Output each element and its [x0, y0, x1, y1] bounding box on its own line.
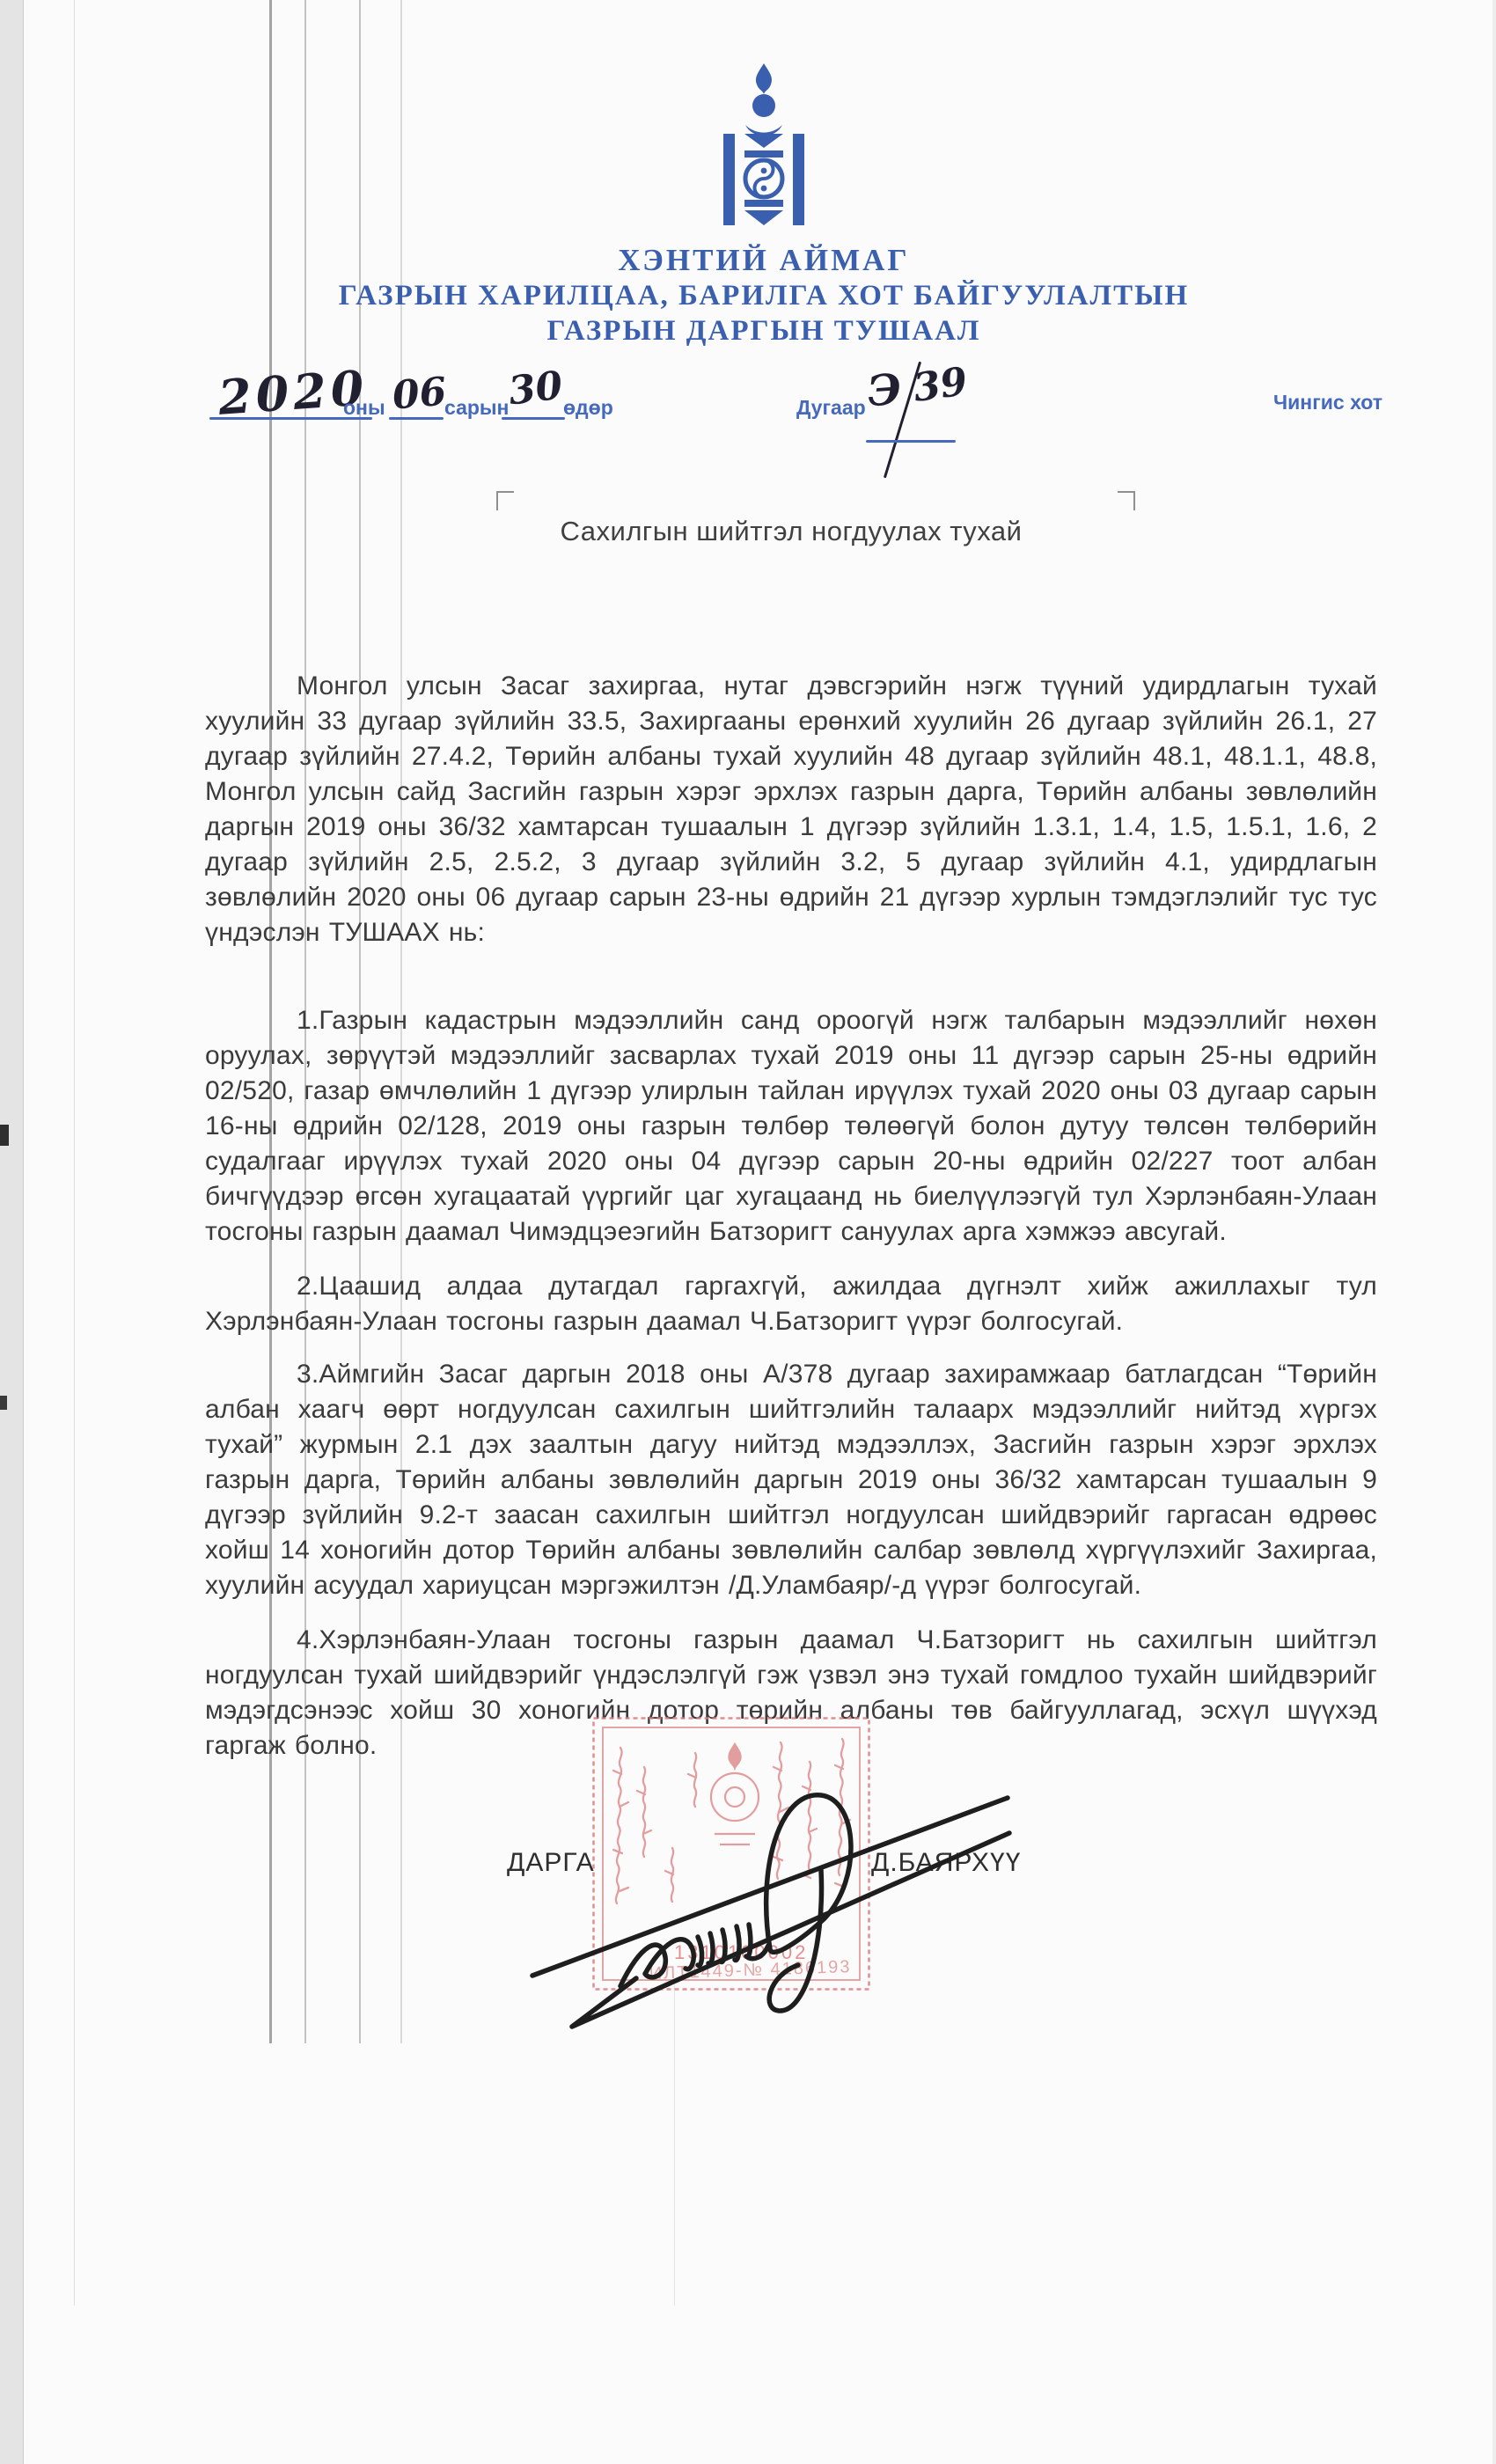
- crop-mark-right: [1118, 491, 1135, 510]
- month-underline: [389, 417, 444, 420]
- handwritten-month: 06: [391, 369, 448, 418]
- scan-right-edge: [1492, 0, 1496, 2464]
- item-3-paragraph: 3.Аймгийн Засаг даргын 2018 оны А/378 ду…: [205, 1357, 1377, 1603]
- handwritten-number-first: Э: [866, 365, 903, 417]
- document-title: Сахилгын шийтгэл ногдуулах тухай: [205, 516, 1377, 547]
- org-name-line1: ХЭНТИЙ АЙМАГ: [148, 243, 1380, 278]
- doc-type-line: ГАЗРЫН ДАРГЫН ТУШААЛ: [148, 313, 1380, 348]
- number-underline: [866, 440, 956, 443]
- day-underline: [502, 417, 565, 420]
- month-label: сарын: [444, 396, 509, 420]
- preamble-paragraph: Монгол улсын Засаг захиргаа, нутаг дэвсг…: [205, 669, 1377, 950]
- scan-line: [74, 0, 75, 2306]
- org-header: ХЭНТИЙ АЙМАГ ГАЗРЫН ХАРИЛЦАА, БАРИЛГА ХО…: [148, 243, 1380, 348]
- org-name-line2: ГАЗРЫН ХАРИЛЦАА, БАРИЛГА ХОТ БАЙГУУЛАЛТЫ…: [148, 278, 1380, 313]
- scan-edge-mark: [0, 1125, 9, 1146]
- signature-scribble: [488, 1764, 1016, 2037]
- scan-left-edge: [0, 0, 24, 2464]
- soyombo-emblem: [709, 62, 818, 238]
- scan-edge-mark: [0, 1396, 7, 1410]
- year-label: оны: [343, 396, 385, 420]
- handwritten-number-second: 39: [911, 359, 971, 411]
- city-label: Чингис хот: [1273, 391, 1382, 414]
- crop-mark-left: [496, 491, 514, 510]
- item-1-paragraph: 1.Газрын кадастрын мэдээллийн санд ороог…: [205, 1003, 1377, 1250]
- handwritten-day: 30: [506, 363, 565, 414]
- item-2-paragraph: 2.Цаашид алдаа дутагдал гаргахгүй, ажилд…: [205, 1269, 1377, 1339]
- number-label: Дугаар: [796, 396, 866, 420]
- day-label: өдөр: [563, 396, 613, 420]
- document-page: ХЭНТИЙ АЙМАГ ГАЗРЫН ХАРИЛЦАА, БАРИЛГА ХО…: [0, 0, 1496, 2464]
